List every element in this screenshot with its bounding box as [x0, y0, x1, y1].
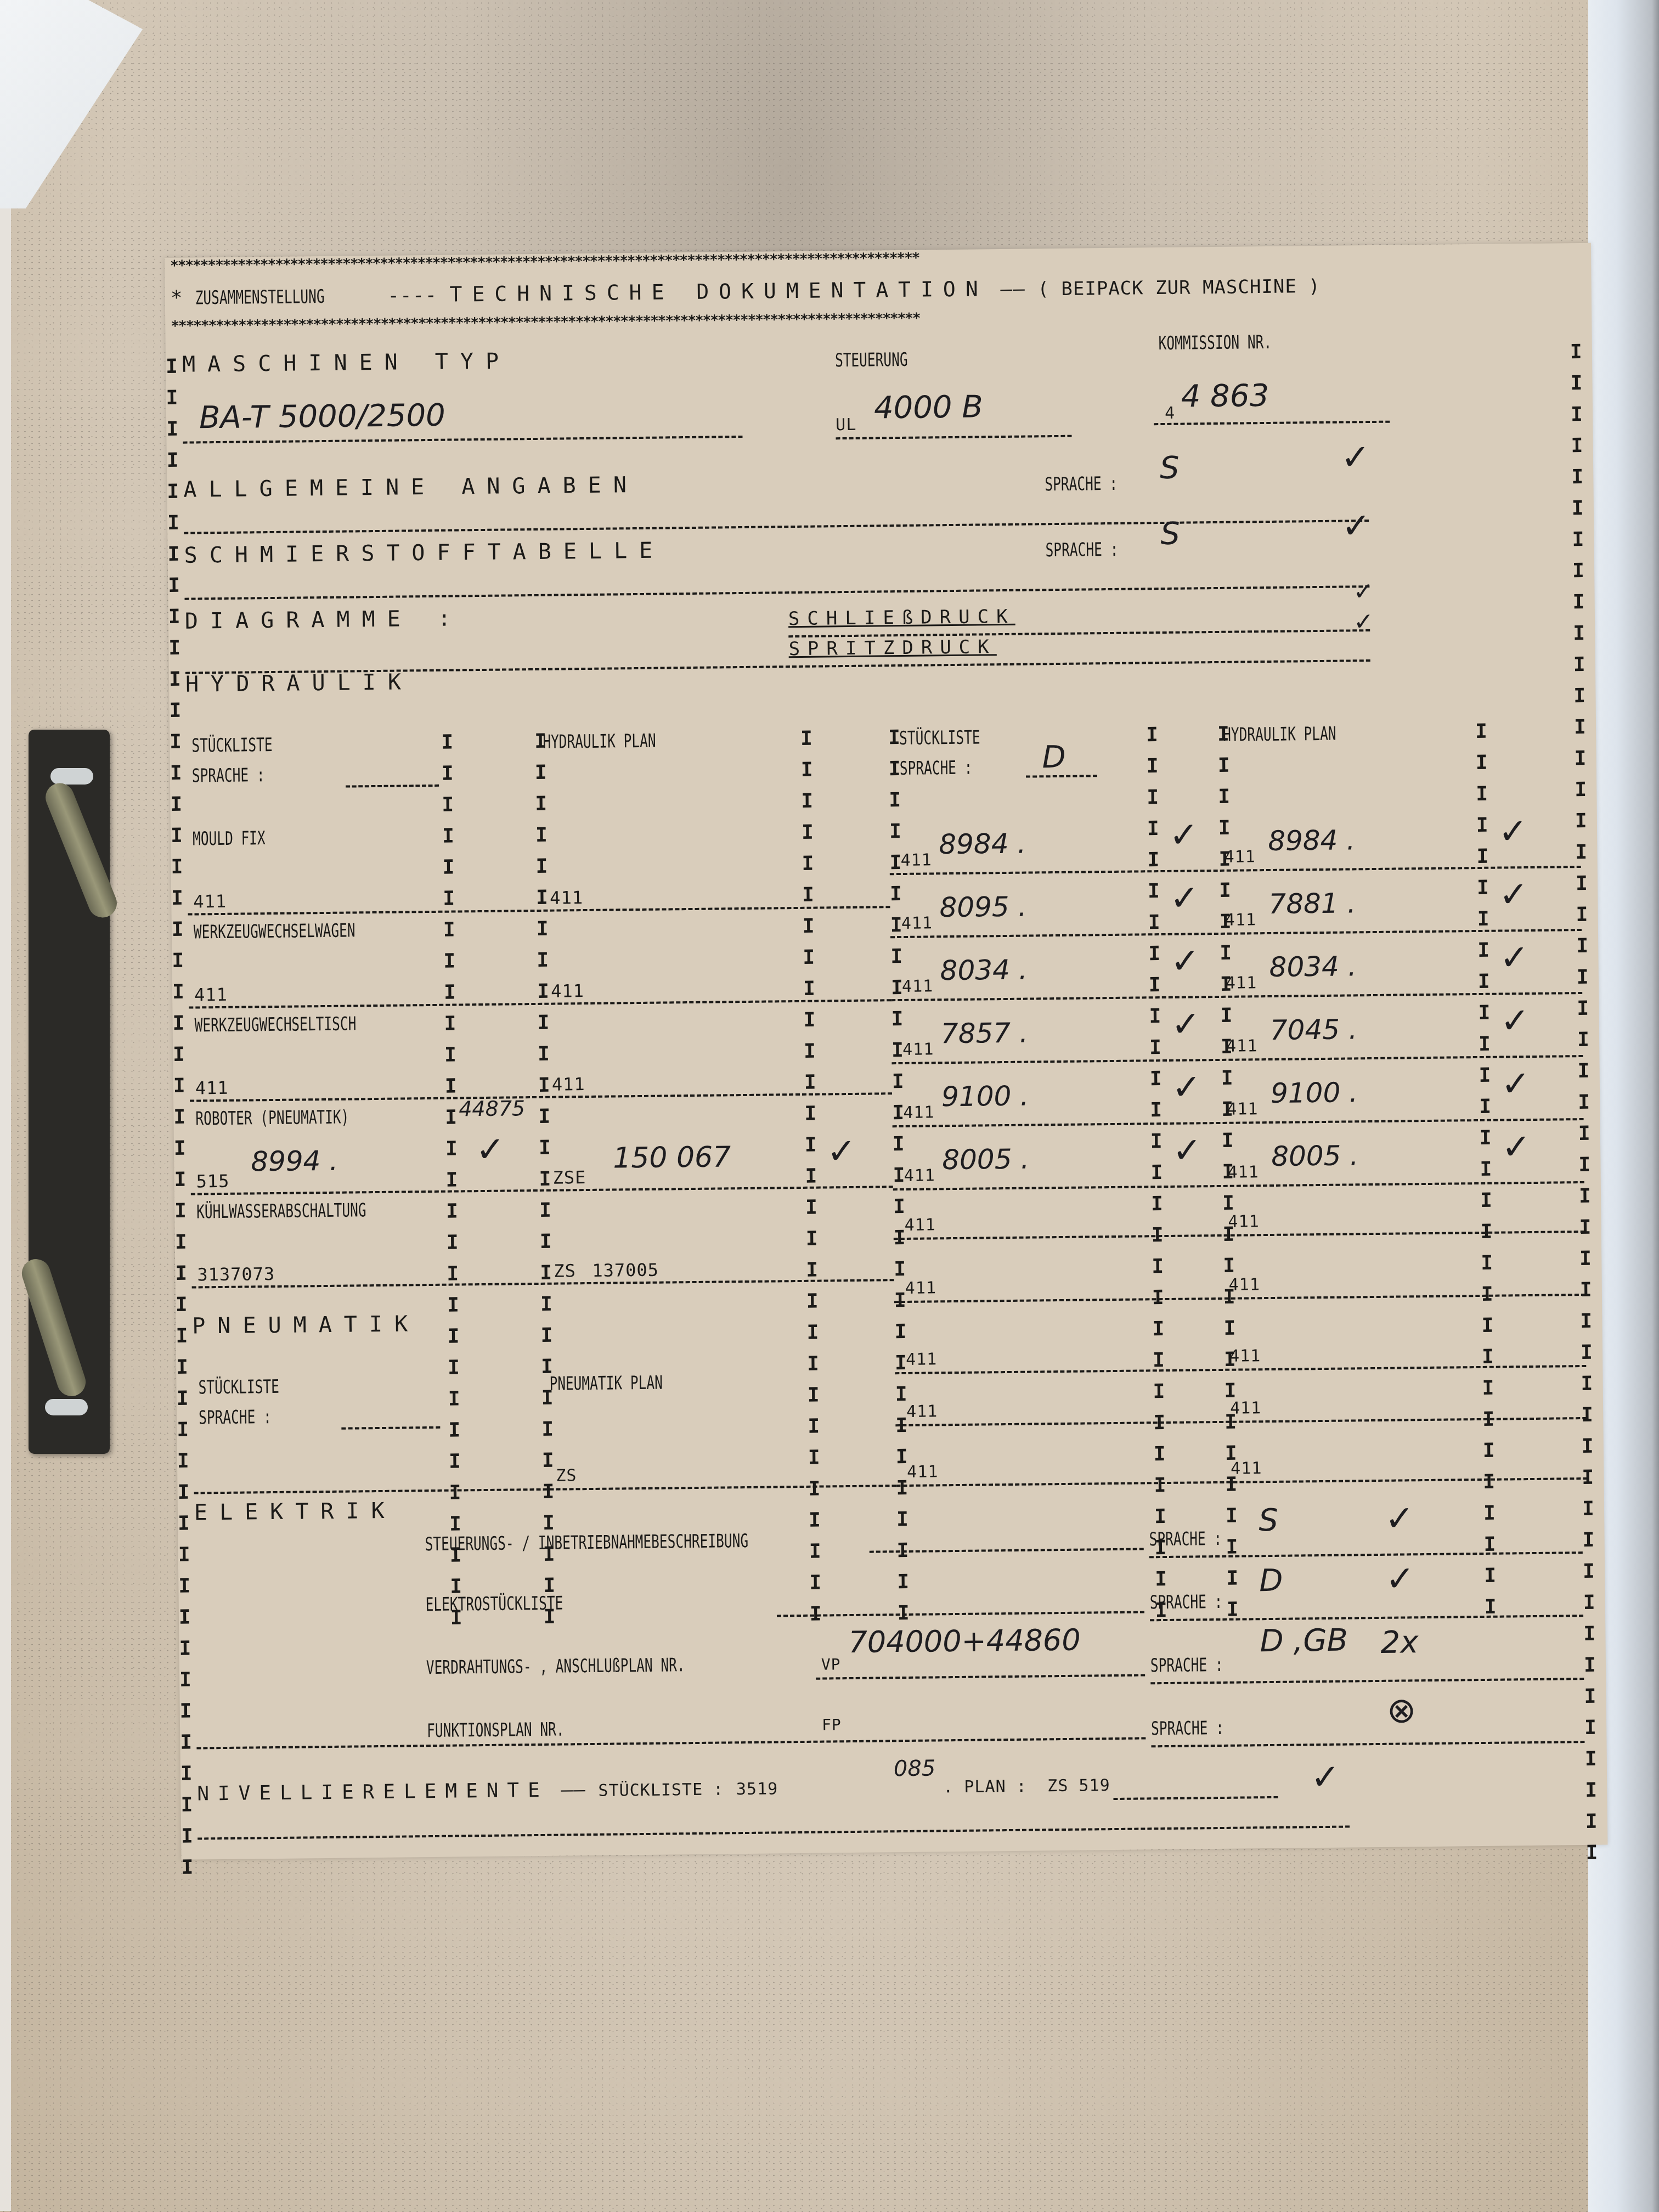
nivellier-check-icon[interactable]: ✓: [1311, 1760, 1340, 1796]
binder-slot-bottom: [45, 1399, 88, 1415]
diagrams-label: DIAGRAMME :: [185, 606, 463, 634]
hyd-plan-check-icon[interactable]: ✓: [1498, 814, 1528, 850]
hyd-plan-check-icon[interactable]: ✓: [1500, 1003, 1530, 1039]
title-main: TECHNISCHE DOKUMENTATION: [449, 276, 988, 306]
hydraulik-section-label: HYDRAULIK: [185, 669, 413, 697]
title-sep-2: ——: [1000, 278, 1025, 301]
pneumatik-section-label: PNEUMATIK: [192, 1311, 420, 1339]
diagram-injection-pressure: SPRITZDRUCK: [788, 636, 997, 660]
hyd-parts-value[interactable]: 8984 .: [939, 828, 1026, 861]
nivellier-plan-label: . PLAN :: [943, 1777, 1027, 1797]
hydraulik-row-tool-change-table: WERKZEUGWECHSELTISCH: [194, 1013, 356, 1036]
commission-prefix: 4: [1165, 404, 1175, 423]
hyd-parts-check-icon[interactable]: ✓: [1169, 817, 1199, 853]
elektrik-row-function-plan: FUNKTIONSPLAN NR.: [427, 1719, 565, 1742]
header-title: * ZUSAMMENSTELLUNG ---- TECHNISCHE DOKUM…: [171, 273, 1321, 309]
lubricant-language-value[interactable]: S: [1160, 516, 1180, 552]
elektrik-row-parts-list: ELEKTROSTÜCKLISTE: [426, 1593, 563, 1616]
title-right: ( BEIPACK ZUR MASCHINE ): [1037, 275, 1321, 300]
control-label: STEUERUNG: [835, 349, 908, 371]
hyd-parts-check-icon[interactable]: ✓: [1171, 1007, 1200, 1042]
hyd-plan-value[interactable]: 8005 .: [1271, 1139, 1359, 1172]
hyd-plan-check-icon[interactable]: ✓: [1502, 1130, 1531, 1165]
hyd-parts-value[interactable]: 9100 .: [941, 1080, 1029, 1113]
commission-value[interactable]: 4 863: [1181, 378, 1269, 415]
elektrik-control-language-value[interactable]: S: [1259, 1503, 1278, 1538]
hydraulik-right-parts-list-header: STÜCKLISTE: [899, 726, 980, 749]
hyd-parts-value[interactable]: 7857 .: [941, 1017, 1029, 1050]
control-value[interactable]: 4000 B: [874, 389, 983, 426]
elektrik-control-check-icon[interactable]: ✓: [1385, 1501, 1414, 1537]
nivellier-plan-value: ZS 519: [1047, 1776, 1110, 1796]
hyd-parts-check-icon[interactable]: ✓: [1172, 1133, 1202, 1169]
elektrik-row-wiring-plan: VERDRAHTUNGS- , ANSCHLUßPLAN NR.: [426, 1654, 685, 1679]
hydraulik-row-tool-change-cart: WERKZEUGWECHSELWAGEN: [194, 919, 356, 943]
hyd-parts-value[interactable]: 8034 .: [940, 954, 1028, 987]
wiring-plan-language-value[interactable]: D ,GB: [1260, 1623, 1348, 1660]
robot-parts-value[interactable]: 8994 .: [251, 1145, 338, 1178]
wiring-plan-copies[interactable]: 2x: [1380, 1624, 1418, 1661]
hyd-plan-value[interactable]: 7045 .: [1270, 1013, 1358, 1046]
robot-plan-value[interactable]: 150 067: [613, 1141, 731, 1175]
hydraulik-row-robot: ROBOTER (PNEUMATIK): [195, 1107, 349, 1130]
hydraulik-right-plan-header: HYDRAULIK PLAN: [1223, 723, 1336, 746]
elektrik-parts-language-value[interactable]: D: [1259, 1563, 1283, 1599]
right-margin-bars: I I I I I I I I I I I I I I I I I I I I …: [1570, 336, 1598, 1869]
lubricant-language-label: SPRACHE :: [1045, 539, 1118, 561]
stars-border-bottom: ****************************************…: [171, 303, 1586, 334]
hyd-plan-check-icon[interactable]: ✓: [1501, 1066, 1531, 1102]
robot-plan-check-icon[interactable]: ✓: [827, 1134, 856, 1170]
wiring-plan-number[interactable]: 704000+44860: [848, 1623, 1081, 1660]
elektrik-row-control-description: STEUERUNGS- / INBETRIEBNAHMEBESCHREIBUNG: [425, 1530, 748, 1555]
nivellier-parts-value[interactable]: 085: [894, 1756, 936, 1781]
general-language-label: SPRACHE :: [1045, 473, 1118, 495]
hyd-parts-check-icon[interactable]: ✓: [1172, 1070, 1201, 1105]
general-label: ALLGEMEINE ANGABEN: [183, 472, 639, 503]
diagram-closing-pressure-check-icon[interactable]: ✓: [1353, 580, 1373, 604]
diagram-injection-pressure-check-icon[interactable]: ✓: [1353, 610, 1374, 634]
pneumatik-parts-list-header: STÜCKLISTE: [198, 1376, 279, 1399]
lubricant-label: SCHMIERSTOFFTABELLE: [184, 538, 664, 568]
binder-clip: [29, 730, 110, 1454]
hyd-plan-value[interactable]: 8984 .: [1268, 824, 1356, 857]
function-plan-crossed-icon[interactable]: ⊗: [1387, 1693, 1417, 1729]
hydraulik-row-cooling-water-shutoff: KÜHLWASSERABSCHALTUNG: [196, 1199, 366, 1223]
nivellier-row: NIVELLIERELEMENTE —— STÜCKLISTE : 3519: [197, 1776, 778, 1805]
binder-prong-top: [41, 779, 121, 922]
machine-type-value[interactable]: BA-T 5000/2500: [199, 398, 445, 436]
hyd-plan-value[interactable]: 9100 .: [1271, 1076, 1358, 1109]
hydraulik-left-plan-header: HYDRAULIK PLAN: [543, 730, 656, 753]
elektrik-parts-check-icon[interactable]: ✓: [1385, 1561, 1415, 1597]
nivellier-label: NIVELLIERELEMENTE: [197, 1779, 549, 1805]
binder-slot-top: [50, 768, 93, 785]
lubricant-check-icon[interactable]: ✓: [1341, 509, 1371, 544]
hyd-parts-check-icon[interactable]: ✓: [1170, 881, 1199, 916]
hyd-parts-value[interactable]: 8005 .: [942, 1143, 1030, 1176]
general-language-value[interactable]: S: [1160, 450, 1180, 486]
robot-note[interactable]: 44875: [459, 1096, 525, 1121]
hyd-plan-value[interactable]: 8034 .: [1269, 950, 1357, 983]
pneumatik-language-label: SPRACHE :: [199, 1406, 272, 1429]
title-left: ZUSAMMENSTELLUNG: [195, 286, 325, 309]
hyd-parts-check-icon[interactable]: ✓: [1170, 944, 1200, 979]
binder-prong-bottom: [18, 1255, 89, 1400]
hydraulik-left-language-label: SPRACHE :: [192, 764, 265, 787]
hyd-plan-check-icon[interactable]: ✓: [1499, 940, 1529, 976]
general-check-icon[interactable]: ✓: [1341, 440, 1370, 476]
hydraulik-row-mould-fix: MOULD FIX: [193, 827, 266, 850]
hydraulik-left-parts-list-header: STÜCKLISTE: [191, 734, 273, 757]
robot-parts-check-icon[interactable]: ✓: [476, 1132, 505, 1168]
nivellier-parts-label: STÜCKLISTE :: [598, 1780, 724, 1800]
diagram-closing-pressure: SCHLIEßDRUCK: [788, 606, 1015, 630]
hyd-plan-check-icon[interactable]: ✓: [1499, 877, 1528, 913]
title-sep-1: ----: [387, 284, 437, 307]
hyd-plan-value[interactable]: 7881 .: [1268, 887, 1356, 920]
commission-label: KOMMISSION NR.: [1159, 331, 1272, 354]
machine-type-label: MASCHINEN TYP: [182, 348, 511, 377]
elektrik-section-label: ELEKTRIK: [194, 1498, 397, 1526]
pneumatik-plan-header: PNEUMATIK PLAN: [549, 1372, 663, 1395]
hydraulik-right-language-label: SPRACHE :: [900, 757, 973, 780]
folder-spine-edge: [0, 203, 11, 2211]
hyd-parts-value[interactable]: 8095 .: [939, 891, 1027, 924]
technical-documentation-form: ****************************************…: [165, 243, 1607, 1860]
hydraulik-right-language-value[interactable]: D: [1042, 740, 1066, 775]
control-prefix: UL: [836, 415, 856, 435]
